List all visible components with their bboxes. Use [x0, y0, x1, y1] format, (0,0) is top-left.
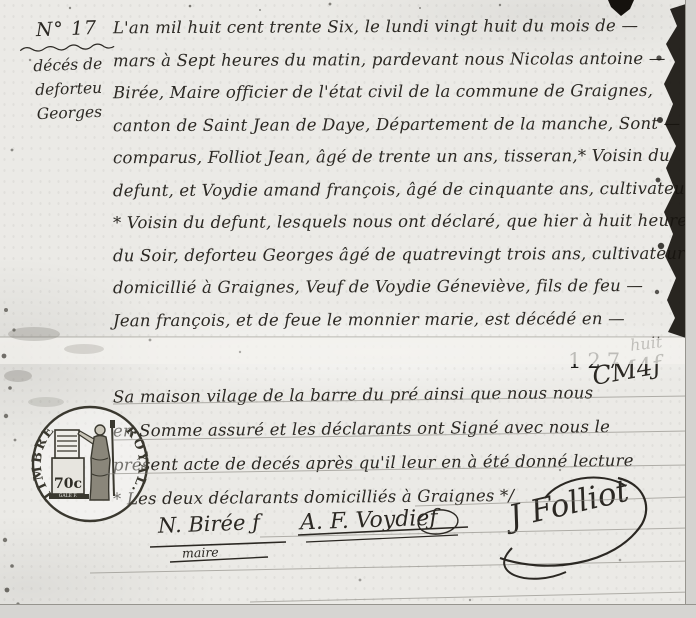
page-right-edge — [685, 0, 696, 618]
act-body-upper: L'an mil huit cent trente Six, le lundi … — [113, 11, 691, 336]
scanned-death-record: N° 17 décés de deforteu Georges L'an mil… — [0, 0, 696, 618]
margin-note: N° 17 décés de deforteu Georges — [16, 16, 120, 126]
body-line: Sa maison vilage de la barre du pré ains… — [113, 376, 678, 415]
body-line: L'an mil huit cent trente Six, le lundi … — [113, 10, 691, 45]
margin-note-line: Georges — [19, 99, 120, 126]
signature-voydie: A. F. Voydieƒ — [300, 506, 438, 536]
body-line: mars à Sept heures du matin, pardevant n… — [113, 42, 691, 77]
body-line: Birée, Maire officier de l'état civil de… — [113, 75, 691, 110]
page-bottom-edge — [0, 604, 696, 618]
body-line: * Voisin du defunt, lesquels nous ont dé… — [113, 205, 691, 240]
body-line: en Somme assuré et les déclarants ont Si… — [113, 410, 678, 449]
act-number: N° 17 — [16, 16, 117, 41]
stamp-engraver-mark: GALE F. — [59, 493, 78, 499]
body-line: présent acte de decés après qu'il leur e… — [113, 444, 678, 483]
body-line: defunt, et Voydie amand françois, âgé de… — [113, 172, 691, 207]
body-line: canton de Saint Jean de Daye, Départemen… — [113, 107, 691, 142]
signature-subscript-maire: maire — [182, 544, 219, 560]
signature-maire-biree: N. Birée ƒ — [158, 510, 261, 538]
body-line: domicillié à Graignes, Veuf de Voydie Gé… — [113, 270, 691, 305]
timbre-royal-stamp: TIMBRE ROYAL. 70c GALE F. — [28, 400, 152, 528]
body-line: du Soir, deforteu Georges âgé de quatrev… — [113, 237, 691, 272]
body-line: Jean françois, et de feue le monnier mar… — [113, 302, 691, 337]
margin-note-line: deforteu — [18, 75, 119, 102]
stamp-denomination: 70c — [54, 476, 82, 492]
body-line: comparus, Folliot Jean, âgé de trente un… — [113, 140, 691, 175]
margin-note-line: décés de — [17, 51, 118, 78]
